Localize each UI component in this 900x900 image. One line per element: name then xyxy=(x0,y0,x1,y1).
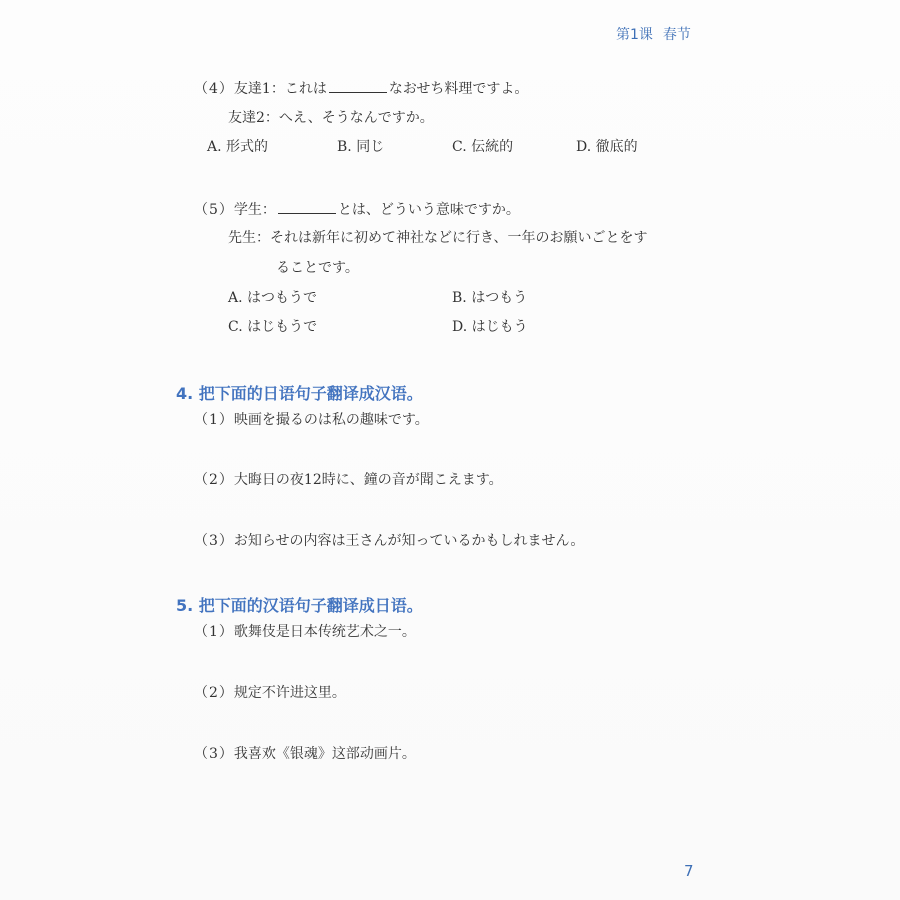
q5-option-d[interactable]: D. はじもう xyxy=(452,317,528,337)
speaker: 友達1： xyxy=(234,81,285,97)
answer-blank[interactable] xyxy=(278,199,336,214)
item-text: 歌舞伎是日本传统艺术之一。 xyxy=(234,624,416,640)
option-label: B. xyxy=(337,139,352,155)
item-number: （1） xyxy=(194,412,234,428)
option-label: A. xyxy=(228,290,243,306)
item-number: （3） xyxy=(194,533,234,549)
textbook-page: 第1课春节 （4）友達1：これはなおせち料理ですよ。 友達2：へえ、そうなんです… xyxy=(0,0,900,900)
q5-option-b[interactable]: B. はつもう xyxy=(452,288,527,308)
item-number: （2） xyxy=(194,685,234,701)
option-label: D. xyxy=(576,139,591,155)
q5-line2: 先生：それは新年に初めて神社などに行き、一年のお願いごとをす xyxy=(228,228,647,248)
option-label: D. xyxy=(452,319,467,335)
section-5-item-2: （2）规定不许进这里。 xyxy=(194,683,346,703)
item-number: （2） xyxy=(194,472,234,488)
item-number: （3） xyxy=(194,746,234,762)
option-text: 形式的 xyxy=(226,139,268,155)
q4-option-a[interactable]: A. 形式的 xyxy=(207,137,268,157)
speaker: 学生： xyxy=(234,202,276,218)
q5-option-c[interactable]: C. はじもうで xyxy=(228,317,317,337)
q5-option-a[interactable]: A. はつもうで xyxy=(228,288,317,308)
option-text: はつもう xyxy=(471,290,527,306)
option-label: C. xyxy=(452,139,467,155)
lesson-number: 第1课 xyxy=(616,27,653,43)
sentence-part: なおせち料理ですよ。 xyxy=(389,81,529,97)
q4-option-d[interactable]: D. 徹底的 xyxy=(576,137,638,157)
q4-line1: （4）友達1：これはなおせち料理ですよ。 xyxy=(194,78,528,99)
option-text: はじもう xyxy=(472,319,528,335)
section-5-title: 5. 把下面的汉语句子翻译成日语。 xyxy=(176,593,423,616)
q4-option-b[interactable]: B. 同じ xyxy=(337,137,384,157)
item-text: 大晦日の夜12時に、鐘の音が聞こえます。 xyxy=(234,472,503,488)
option-label: C. xyxy=(228,319,243,335)
answer-blank[interactable] xyxy=(329,78,387,93)
section-4-item-2: （2）大晦日の夜12時に、鐘の音が聞こえます。 xyxy=(194,470,503,490)
item-text: 映画を撮るのは私の趣味です。 xyxy=(234,412,429,428)
section-5-item-1: （1）歌舞伎是日本传统艺术之一。 xyxy=(194,622,416,642)
section-4-item-1: （1）映画を撮るのは私の趣味です。 xyxy=(194,410,429,430)
option-text: はつもうで xyxy=(247,290,317,306)
option-text: 徹底的 xyxy=(596,139,638,155)
item-number: （1） xyxy=(194,624,234,640)
item-number: （4） xyxy=(194,81,234,97)
option-text: はじもうで xyxy=(247,319,317,335)
item-text: お知らせの内容は王さんが知っているかもしれません。 xyxy=(234,533,584,549)
item-text: 我喜欢《银魂》这部动画片。 xyxy=(234,746,416,762)
running-header: 第1课春节 xyxy=(616,24,691,44)
section-5-item-3: （3）我喜欢《银魂》这部动画片。 xyxy=(194,744,416,764)
option-label: B. xyxy=(452,290,467,306)
page-number: 7 xyxy=(684,862,694,880)
lesson-topic: 春节 xyxy=(663,27,691,43)
option-label: A. xyxy=(207,139,222,155)
q4-line2: 友達2：へえ、そうなんですか。 xyxy=(228,108,434,128)
section-4-item-3: （3）お知らせの内容は王さんが知っているかもしれません。 xyxy=(194,531,584,551)
item-text: 规定不许进这里。 xyxy=(234,685,346,701)
sentence-part: とは、どういう意味ですか。 xyxy=(338,202,520,218)
option-text: 伝統的 xyxy=(471,139,513,155)
q4-option-c[interactable]: C. 伝統的 xyxy=(452,137,513,157)
option-text: 同じ xyxy=(356,139,384,155)
section-4-title: 4. 把下面的日语句子翻译成汉语。 xyxy=(176,381,423,404)
q5-line3: ることです。 xyxy=(276,258,359,278)
item-number: （5） xyxy=(194,202,234,218)
sentence-part: これは xyxy=(285,81,327,97)
q5-line1: （5）学生：とは、どういう意味ですか。 xyxy=(194,199,520,220)
